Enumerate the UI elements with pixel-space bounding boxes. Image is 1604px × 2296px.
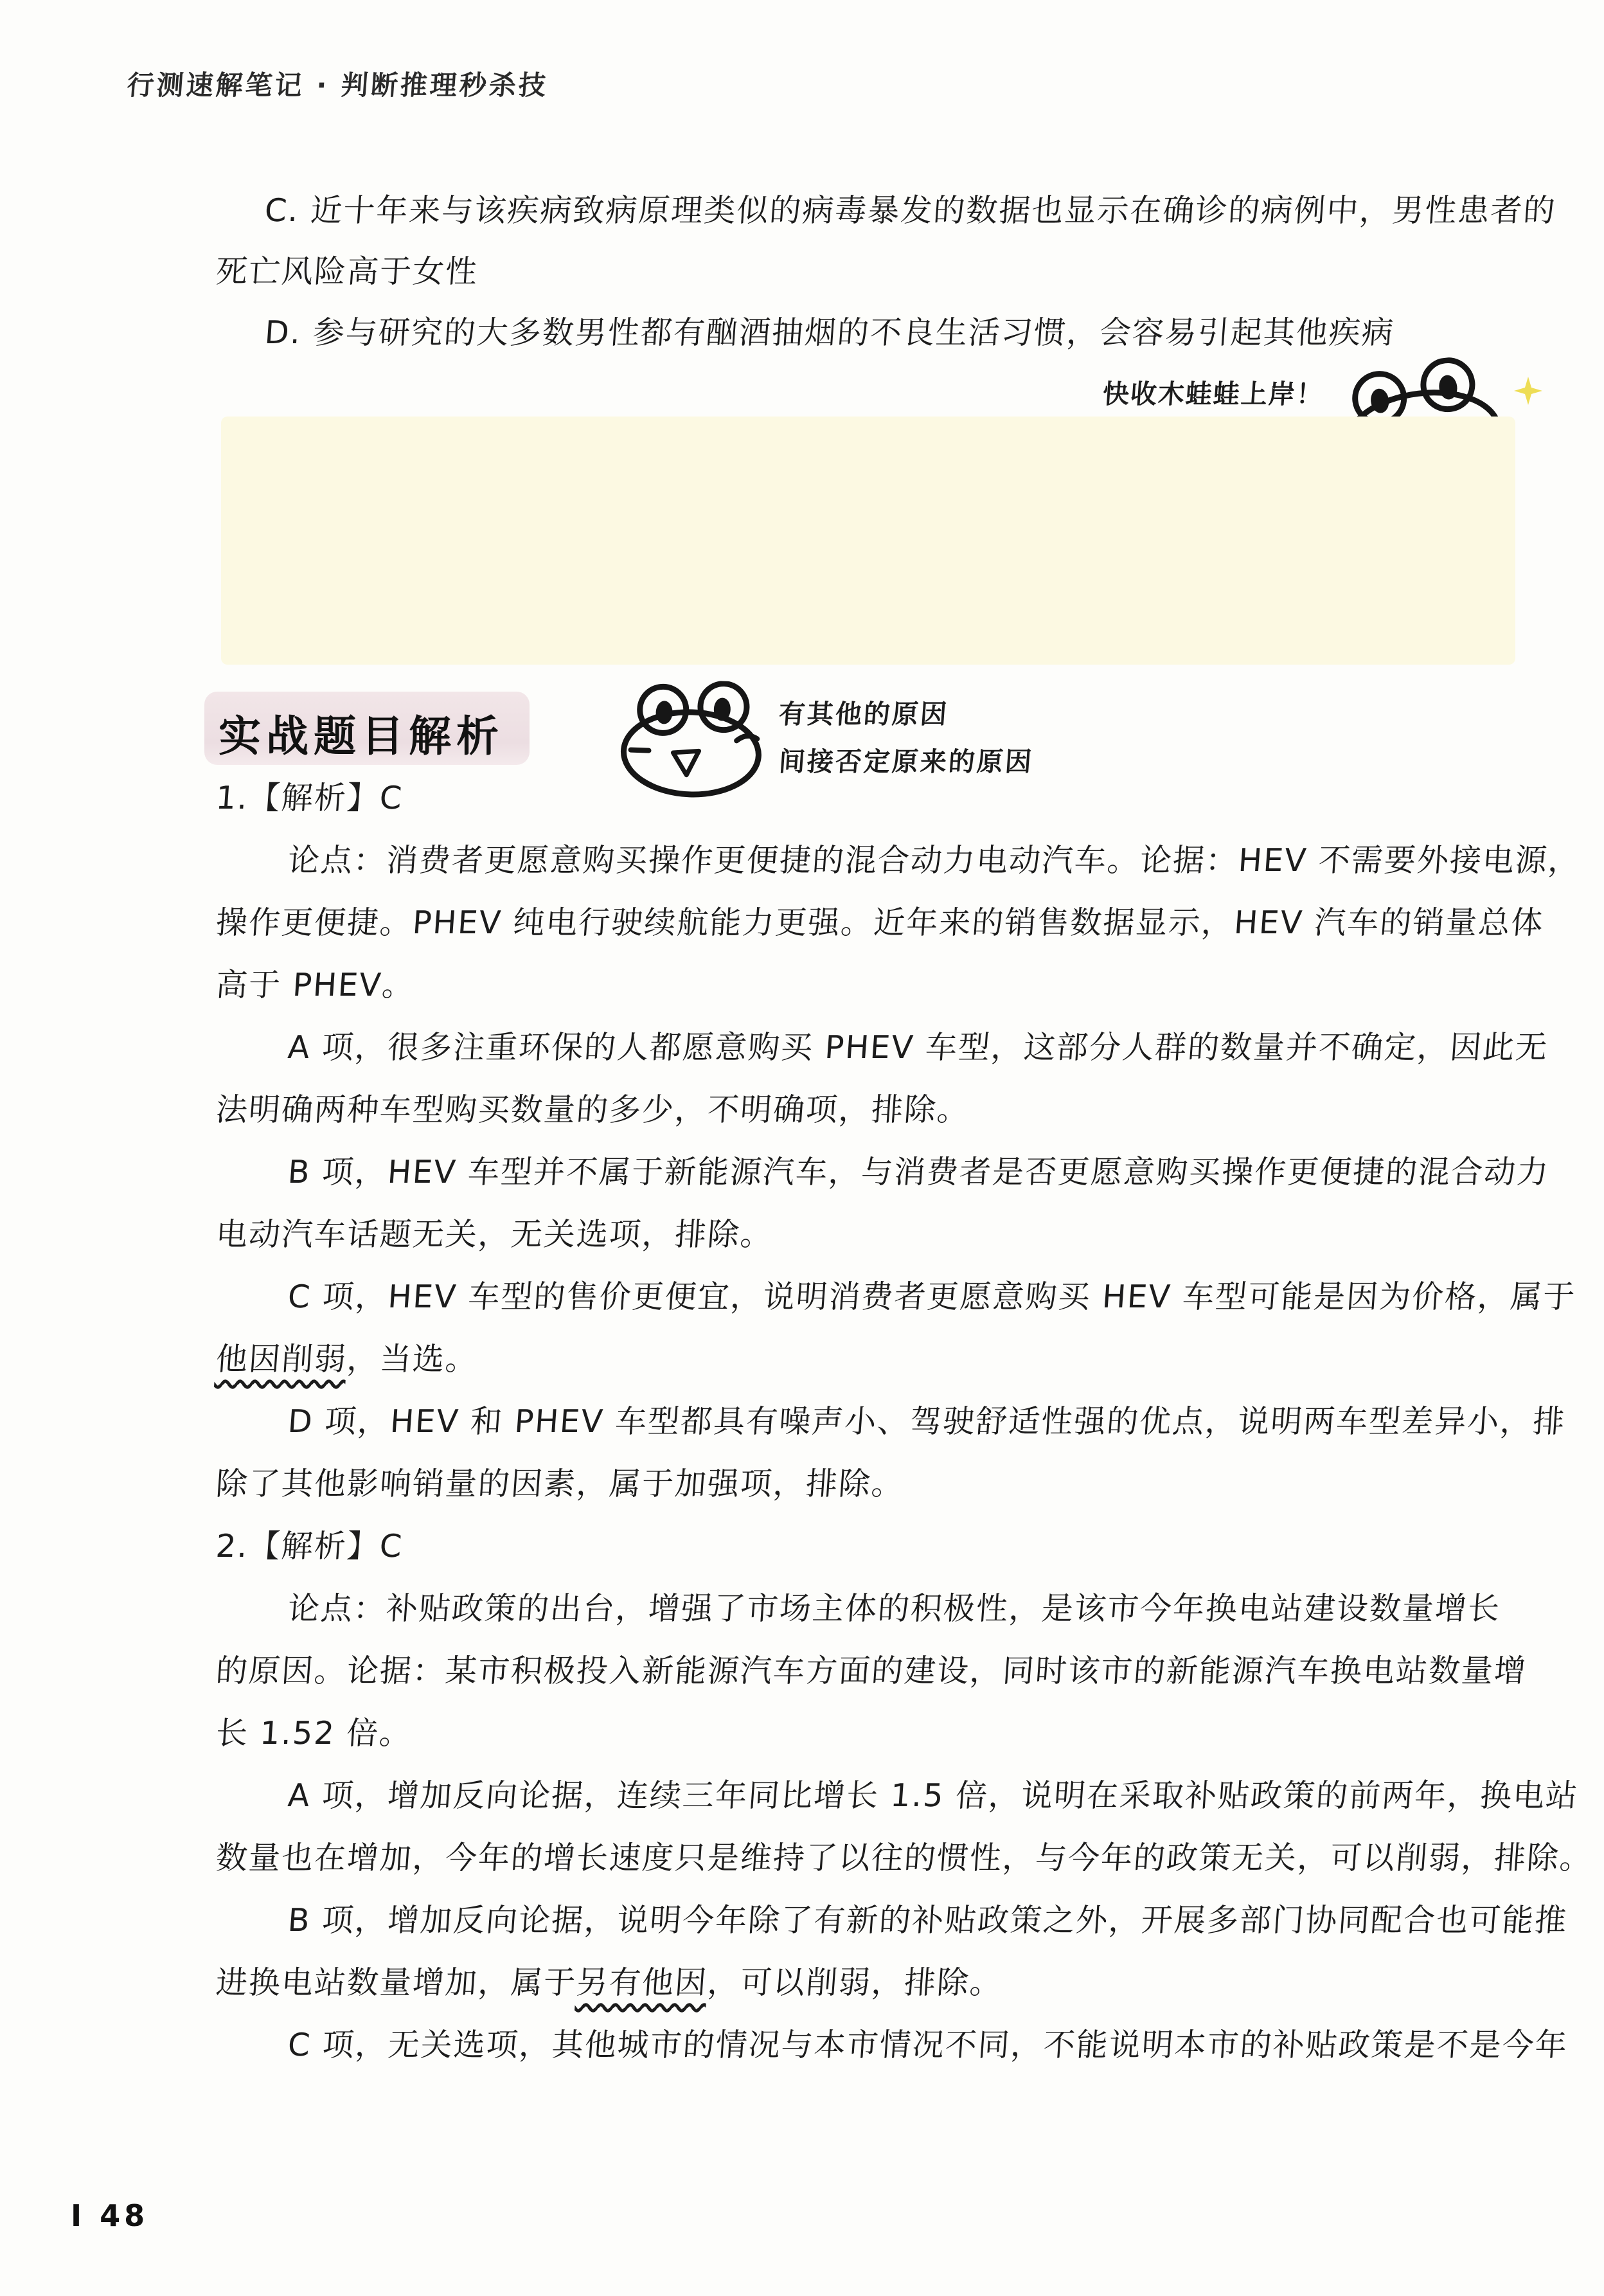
- option-c-line1: C. 近十年来与该疾病致病原理类似的病毒暴发的数据也显示在确诊的病例中，男性患者…: [214, 180, 1555, 241]
- analysis1-option-c-line1: C 项，HEV 车型的售价更便宜，说明消费者更愿意购买 HEV 车型可能是因为价…: [214, 1266, 1555, 1328]
- analysis1-option-c-line2-rest: ，当选。: [346, 1341, 479, 1377]
- analysis1-argument-line1: 论点：消费者更愿意购买操作更便捷的混合动力电动汽车。论据：HEV 不需要外接电源…: [214, 829, 1555, 892]
- analysis1-option-a-line1: A 项，很多注重环保的人都愿意购买 PHEV 车型，这部分人群的数量并不确定，因…: [214, 1016, 1555, 1079]
- analysis1-heading: 1.【解析】C: [214, 767, 1555, 829]
- analysis1-option-d-line1: D 项，HEV 和 PHEV 车型都具有噪声小、驾驶舒适性强的优点，说明两车型差…: [214, 1390, 1555, 1453]
- analysis2-argument-line1: 论点：补贴政策的出台，增强了市场主体的积极性，是该市今年换电站建设数量增长: [214, 1577, 1555, 1640]
- analysis2-option-b-line2: 进换电站数量增加，属于另有他因，可以削弱，排除。: [214, 1951, 1555, 2014]
- analysis2-option-a-line2: 数量也在增加，今年的增长速度只是维持了以往的惯性，与今年的政策无关，可以削弱，排…: [214, 1827, 1555, 1889]
- wavy-underline-text: 另有他因: [575, 1964, 709, 2001]
- wavy-underline-text: 他因削弱: [215, 1341, 348, 1377]
- analysis2-argument-line3: 长 1.52 倍。: [214, 1702, 1555, 1764]
- analysis1-argument-line3: 高于 PHEV。: [214, 954, 1555, 1016]
- analysis1-option-a-line2: 法明确两种车型购买数量的多少，不明确项，排除。: [214, 1079, 1555, 1141]
- analysis1-option-b-line2: 电动汽车话题无关，无关选项，排除。: [214, 1203, 1555, 1266]
- page-header: 行测速解笔记 · 判断推理秒杀技: [126, 64, 549, 103]
- analysis-body: 1.【解析】C 论点：消费者更愿意购买操作更便捷的混合动力电动汽车。论据：HEV…: [216, 767, 1553, 2076]
- yellow-highlight-block: [221, 417, 1515, 665]
- sparkle-icon: [1514, 377, 1542, 408]
- margin-note-frog1-line1: 快收木蛙蛙上岸！: [1027, 373, 1326, 415]
- option-d-line: D. 参与研究的大多数男性都有酗酒抽烟的不良生活习惯，会容易引起其他疾病: [214, 302, 1555, 363]
- analysis1-option-d-line2: 除了其他影响销量的因素，属于加强项，排除。: [214, 1453, 1555, 1515]
- analysis2-option-b-line2-pre: 进换电站数量增加，属于: [215, 1964, 578, 2001]
- analysis2-heading: 2.【解析】C: [214, 1515, 1555, 1577]
- book-page: 行测速解笔记 · 判断推理秒杀技 C. 近十年来与该疾病致病原理类似的病毒暴发的…: [0, 0, 1604, 2296]
- margin-note-frog2-line1: 有其他的原因: [777, 690, 1035, 738]
- analysis2-option-a-line1: A 项，增加反向论据，连续三年同比增长 1.5 倍，说明在采取补贴政策的前两年，…: [214, 1764, 1555, 1827]
- page-number: I 48: [71, 2198, 148, 2233]
- analysis1-argument-line2: 操作更便捷。PHEV 纯电行驶续航能力更强。近年来的销售数据显示，HEV 汽车的…: [214, 892, 1555, 954]
- analysis2-argument-line2: 的原因。论据：某市积极投入新能源汽车方面的建设，同时该市的新能源汽车换电站数量增: [214, 1640, 1555, 1702]
- question-options: C. 近十年来与该疾病致病原理类似的病毒暴发的数据也显示在确诊的病例中，男性患者…: [216, 180, 1553, 363]
- option-c-line2: 死亡风险高于女性: [214, 241, 1555, 302]
- analysis2-option-c-line1: C 项，无关选项，其他城市的情况与本市情况不同，不能说明本市的补贴政策是不是今年: [214, 2014, 1555, 2076]
- section-title: 实战题目解析: [218, 702, 504, 763]
- analysis1-option-b-line1: B 项，HEV 车型并不属于新能源汽车，与消费者是否更愿意购买操作更便捷的混合动…: [214, 1141, 1555, 1203]
- analysis1-option-c-line2: 他因削弱，当选。: [214, 1328, 1555, 1390]
- analysis2-option-b-line1: B 项，增加反向论据，说明今年除了有新的补贴政策之外，开展多部门协同配合也可能推: [214, 1889, 1555, 1951]
- analysis2-option-b-line2-rest: ，可以削弱，排除。: [706, 1964, 1004, 2001]
